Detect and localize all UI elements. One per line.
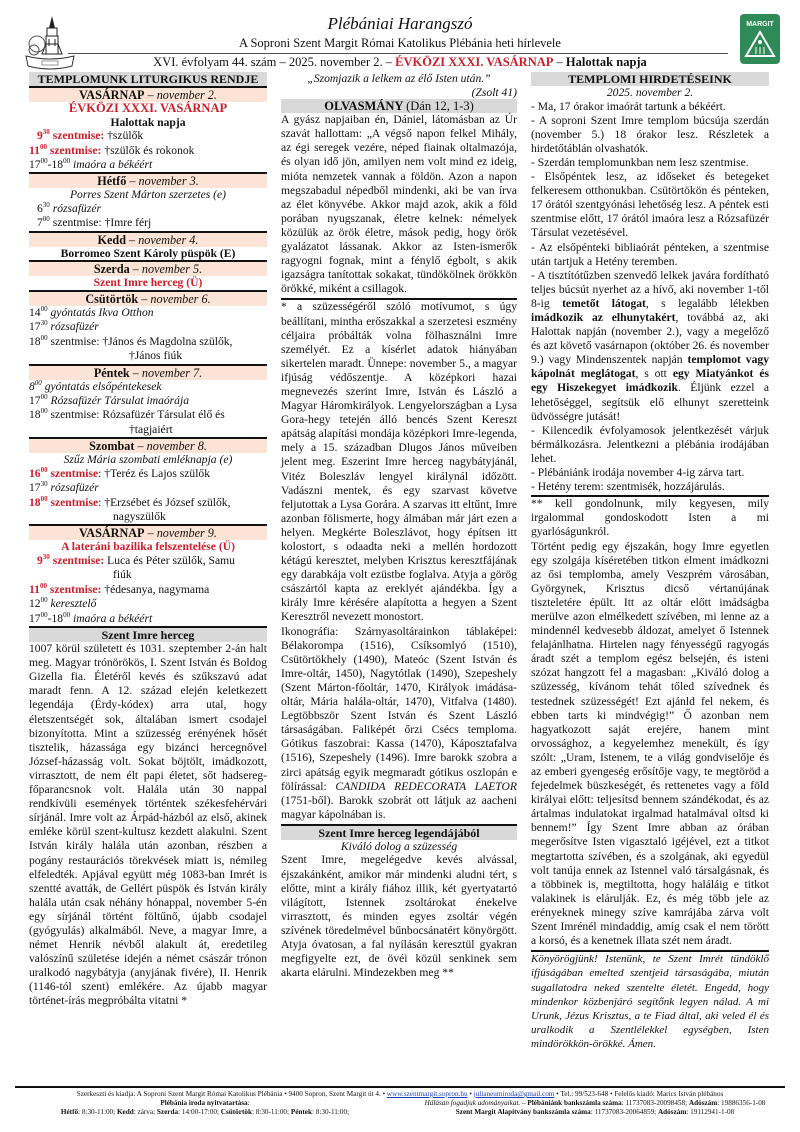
day-header-tuesday: Kedd – november 4. (29, 233, 267, 247)
day-header-saturday: Szombat – november 8. (29, 439, 267, 453)
day-header-thursday: Csütörtök – november 6. (29, 292, 267, 306)
day-header-friday: Péntek – november 7. (29, 366, 267, 380)
mass-item: 1800 szentmise: †János és Magdolna szülő… (29, 335, 267, 349)
liturgy-heading: TEMPLOMUNK LITURGIKUS RENDJE (29, 72, 267, 86)
reading-text: A gyász napjaiban én, Dániel, látomásban… (281, 113, 517, 296)
announcement-item: - A soproni Szent Imre templom búcsúja s… (531, 114, 769, 156)
mass-item: 1100 szentmise: †édesanya, nagymama (29, 583, 267, 597)
announcement-item: - Kilencedik évfolyamosok jelentkezését … (531, 424, 769, 466)
email-link[interactable]: julianeumiroda@gmail.com (474, 1090, 555, 1098)
issue-feast: Halottak napja (566, 55, 647, 69)
legend-text: Szent Imre, megelégedve kevés alvással, … (281, 853, 517, 980)
day-header-wednesday: Szerda – november 5. (29, 262, 267, 276)
feast-title: Szűz Mária szombati emléknapja (e) (29, 453, 267, 467)
indulgence-announcement: - A tisztítótűzben szenvedő lelkek javár… (531, 269, 769, 424)
legend-heading: Szent Imre herceg legendájából (281, 826, 517, 840)
newsletter-subtitle: A Soproni Szent Margit Római Katolikus P… (0, 36, 800, 51)
footer: Szerkeszti és kiadja: A Soproni Szent Ma… (0, 1090, 800, 1117)
issue-info: XVI. évfolyam 44. szám – 2025. november … (153, 55, 395, 69)
feast-title: ÉVKÖZI XXXI. VASÁRNAP (29, 102, 267, 116)
publisher-line: Szerkeszti és kiadja: A Soproni Szent Ma… (0, 1090, 800, 1099)
schedule-item: 1200 keresztelő (29, 597, 267, 611)
mass-item: 1800 szentmise: †Erzsébet és József szül… (29, 496, 267, 510)
footer-divider (15, 1086, 785, 1088)
issue-sunday: ÉVKÖZI XXXI. VASÁRNAP (395, 55, 553, 69)
announcement-item: - Hetény terem: szentmisék, hozzájárulás… (531, 480, 769, 494)
announcements-date: 2025. november 2. (531, 86, 769, 100)
day-header-sunday-nov9: VASÁRNAP – november 9. (29, 526, 267, 540)
iconography-text: Ikonográfia: Szárnyasoltárainkon táblaké… (281, 625, 517, 822)
mass-item-continued: fiúk (29, 568, 267, 582)
imre-bio-continued: * a szüzességéről szóló motívumot, s úgy… (281, 300, 517, 624)
psalm-reference: (Zsolt 41) (281, 86, 517, 100)
feast-subtitle: Halottak napja (29, 116, 267, 130)
szent-margit-logo-icon: MARGIT (740, 14, 780, 64)
schedule-item: 630 rózsafüzér (29, 202, 267, 216)
schedule-item: 1400 gyóntatás Ikva Otthon (29, 306, 267, 320)
announcement-item: - Plébániánk irodája november 4-ig zárva… (531, 466, 769, 480)
mass-item: 930 szentmise: †szülők (29, 129, 267, 143)
mass-item: 700 szentmise: †Imre férj (29, 216, 267, 230)
schedule-item: 1730 rózsafüzér (29, 481, 267, 495)
announcements-column: TEMPLOMI HIRDETÉSEINK 2025. november 2. … (531, 72, 769, 1052)
schedule-item: 800 gyóntatás elsőpéntekesek (29, 380, 267, 394)
feast-title: Szent Imre herceg (Ü) (29, 276, 267, 290)
imre-bio-heading: Szent Imre herceg (29, 628, 267, 642)
prayer-hour-item: 1700-1800 imaóra a békéért (29, 158, 267, 172)
office-hours: Hétfő: 8:30-11:00; Kedd: zárva; Szerda: … (40, 1108, 370, 1117)
mass-item-continued: †tagjaiért (29, 423, 267, 437)
schedule-item: 1730 rózsafüzér (29, 320, 267, 334)
mass-item: 1100 szentmise: †szülők és rokonok (29, 144, 267, 158)
mass-item-continued: nagyszülők (29, 510, 267, 524)
legend-subheading: Kiváló dolog a szüzesség (281, 840, 517, 854)
imre-bio-text: 1007 körül született és 1031. szeptember… (29, 642, 267, 1008)
bank-info-line: Hálásan fogadjuk adományaikat. – Plébáni… (400, 1099, 790, 1108)
announcements-heading: TEMPLOMI HIRDETÉSEINK (531, 72, 769, 86)
feast-title: Porres Szent Márton szerzetes (e) (29, 188, 267, 202)
website-link[interactable]: www.szentmargit.sopron.hu (387, 1090, 468, 1098)
feast-title: Borromeo Szent Károly püspök (E) (29, 247, 267, 261)
foundation-bank-line: Szent Margit Alapítvány bankszámla száma… (400, 1108, 790, 1117)
announcement-item: - Ma, 17 órakor imaórát tartunk a békéér… (531, 100, 769, 114)
schedule-item: 1700 Rózsafüzér Társulat imaórája (29, 394, 267, 408)
day-header-sunday-nov2: VASÁRNAP – november 2. (29, 88, 267, 102)
closing-prayer: Könyörögjünk! Istenünk, te Szent Imrét t… (531, 952, 769, 1051)
announcement-item: - Elsőpéntek lesz, az időseket és betege… (531, 170, 769, 240)
mass-item-continued: †János fiúk (29, 349, 267, 363)
masthead: Plébániai Harangszó A Soproni Szent Marg… (0, 0, 800, 70)
announcement-item: - Az elsőpénteki bibliaórát pénteken, a … (531, 241, 769, 269)
mass-item: 1600 szentmise: †Teréz és Lajos szülők (29, 467, 267, 481)
svg-text:MARGIT: MARGIT (746, 21, 774, 28)
legend-continued: ** kell gondolnunk, mily kegyesen, mily … (531, 497, 769, 948)
newsletter-title: Plébániai Harangszó (0, 14, 800, 34)
mass-item: 1800 szentmise: Rózsafüzér Társulat élő … (29, 408, 267, 422)
announcement-item: - Szerdán templomunkban nem lesz szentmi… (531, 156, 769, 170)
psalm-motto: „Szomjazik a lelkem az élő Isten után.” (281, 72, 517, 86)
day-header-monday: Hétfő – november 3. (29, 174, 267, 188)
office-hours-label: Plébánia iroda nyitvatartása: (40, 1099, 370, 1108)
issue-line: XVI. évfolyam 44. szám – 2025. november … (0, 55, 800, 70)
header-divider (68, 53, 728, 54)
feast-title: A lateráni bazilika felszentelése (Ü) (29, 540, 267, 554)
prayer-hour-item: 1700-1800 imaóra a békéért (29, 612, 267, 626)
liturgy-column: TEMPLOMUNK LITURGIKUS RENDJE VASÁRNAP – … (29, 72, 267, 1009)
reading-column: „Szomjazik a lelkem az élő Isten után.” … (281, 72, 517, 980)
mass-item: 930 szentmise: Luca és Péter szülők, Sam… (29, 554, 267, 568)
reading-heading: OLVASMÁNY (Dán 12, 1-3) (281, 99, 517, 113)
